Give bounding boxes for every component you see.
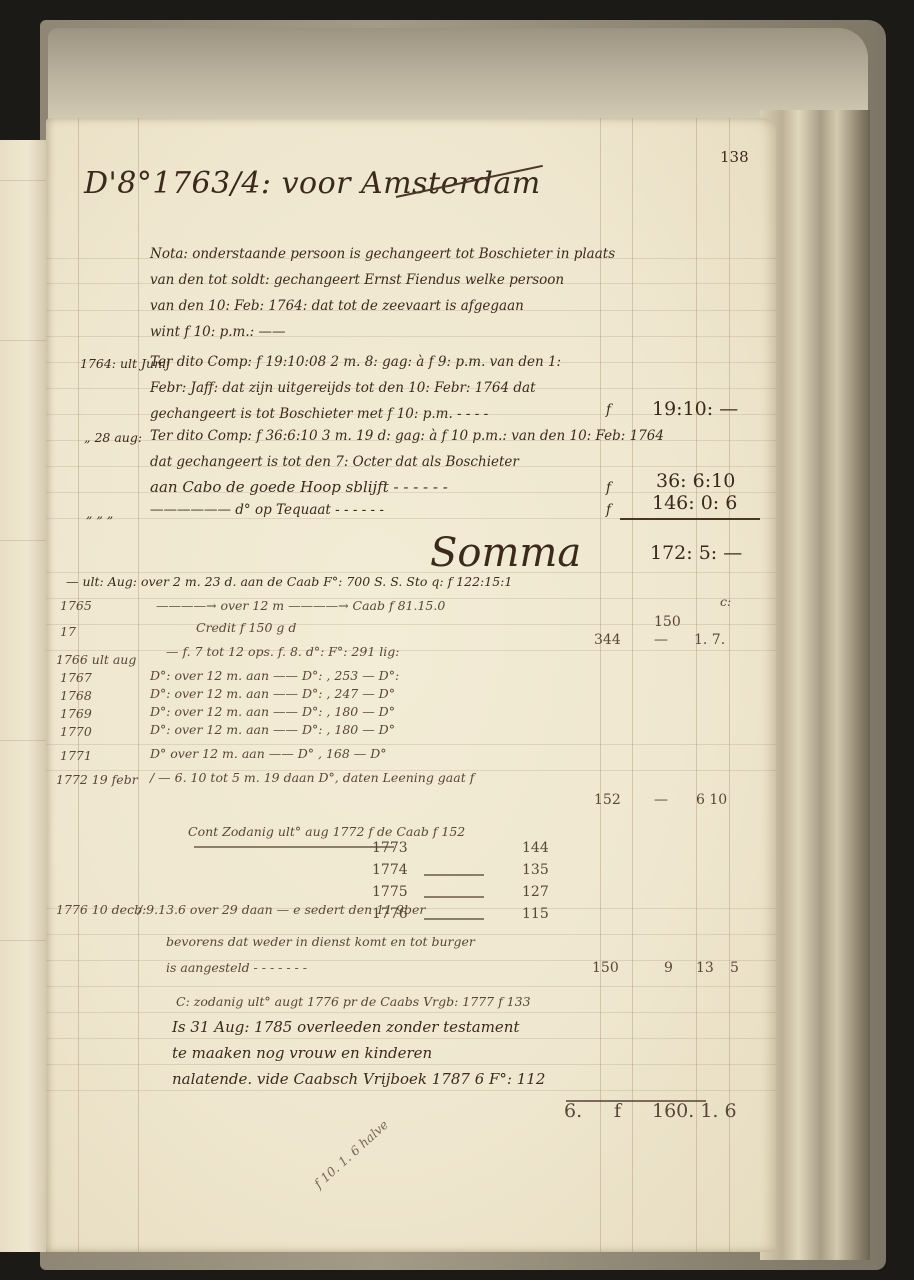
ledger-row-col2: — [654, 792, 668, 808]
ledger-year: 1766 ult aug [56, 652, 136, 667]
entry-date: „ „ „ [86, 506, 113, 521]
ledger-row-col3: 6 10 [696, 792, 727, 808]
cont-dash [424, 874, 484, 876]
ledger-row-col1: 344 [594, 632, 621, 648]
ledger-year: 1772 19 febr [56, 772, 138, 787]
ledger-year: 1765 [60, 598, 92, 613]
pencil-annotation: f 10. 1. 6 halve [311, 1117, 391, 1191]
entry-amount: 146: 0: 6 [652, 492, 737, 514]
page-number: 138 [720, 148, 749, 166]
closing-note-2: Is 31 Aug: 1785 overleeden zonder testam… [172, 1018, 520, 1036]
ledger-row-col1: 152 [594, 792, 621, 808]
cont-dash [424, 896, 484, 898]
entry-line: Ter dito Comp: f 19:10:08 2 m. 8: gag: à… [150, 354, 561, 370]
note-line-1: Nota: onderstaande persoon is gechangeer… [150, 246, 615, 262]
cont-value: 115 [522, 906, 549, 922]
entry-line: Ter dito Comp: f 36:6:10 3 m. 19 d: gag:… [150, 428, 664, 444]
ledger-year: 1770 [60, 724, 92, 739]
currency-marker: f [606, 480, 611, 496]
ledger-row: D°: over 12 m. aan —— D°: , 253 — D°: [150, 668, 399, 683]
ledger-year: 1771 [60, 748, 92, 763]
sum-rule [620, 518, 760, 520]
cont-year: 1775 [372, 884, 408, 900]
ledger-row: D°: over 12 m. aan —— D°: , 247 — D° [150, 686, 395, 701]
currency-marker: f [606, 502, 611, 518]
cont-rule [194, 846, 394, 848]
entry-line: —————— d° op Tequaat - - - - - - [150, 502, 384, 518]
ledger-year: 1769 [60, 706, 92, 721]
ledger-row: ————→ over 12 m ————→ Caab f 81.15.0 [156, 598, 445, 613]
cont-year: 1774 [372, 862, 408, 878]
closing-note-4: nalatende. vide Caabsch Vrijboek 1787 6 … [172, 1070, 545, 1088]
ledger-row-col2: — [654, 632, 668, 648]
currency-marker: f [606, 402, 611, 418]
cont-year: 1773 [372, 840, 408, 856]
entry-line: aan Cabo de goede Hoop sblijft - - - - -… [150, 478, 448, 496]
total-amount: 160. 1. 6 [652, 1100, 737, 1122]
note-line-4: wint f 10: p.m.: —— [150, 324, 285, 340]
ledger-row: Credit f 150 g d [196, 620, 296, 635]
ledger-row: D° over 12 m. aan —— D° , 168 — D° [150, 746, 387, 761]
ledger-row: D°: over 12 m. aan —— D°: , 180 — D° [150, 722, 395, 737]
entry-col2: 9 [664, 960, 673, 976]
ledger-row-col2: 150 [654, 614, 681, 630]
entry-line: bevorens dat weder in dienst komt en tot… [166, 934, 475, 949]
cont-value: 135 [522, 862, 549, 878]
entry-line: gechangeert is tot Boschieter met f 10: … [150, 406, 488, 422]
entry-col4: 5 [730, 960, 739, 976]
entry-line: dat gechangeert is tot den 7: Octer dat … [150, 454, 519, 470]
page-stack-right-edge [760, 110, 870, 1260]
entry-line: is aangesteld - - - - - - - [166, 960, 307, 975]
entry-line: / 9.13.6 over 29 daan — e sedert den 11 … [138, 902, 425, 917]
cont-value: 144 [522, 840, 549, 856]
left-page-edge [0, 140, 46, 1252]
entry-date: „ 28 aug: [84, 430, 142, 445]
ledger-page: 138 D'8°1763/4: voor Amsterdam Nota: ond… [46, 118, 776, 1252]
note-line-2: van den tot soldt: gechangeert Ernst Fie… [150, 272, 564, 288]
entry-amount: 19:10: — [652, 398, 738, 420]
ledger-row: D°: over 12 m. aan —— D°: , 180 — D° [150, 704, 395, 719]
ledger-row-col3: 1. 7. [694, 632, 725, 648]
total-label: 6. [564, 1100, 582, 1122]
entry-line: Febr: Jaff: dat zijn uitgereijds tot den… [150, 380, 536, 396]
ledger-row: — ult: Aug: over 2 m. 23 d. aan de Caab … [66, 574, 512, 589]
ledger-year: 1767 [60, 670, 92, 685]
closing-note-1: C: zodanig ult° augt 1776 pr de Caabs Vr… [176, 994, 531, 1009]
ledger-row: — f. 7 tot 12 ops. f. 8. d°: F°: 291 lig… [166, 644, 399, 659]
cont-dash [424, 918, 484, 920]
entry-amount: 36: 6:10 [656, 470, 735, 492]
somma-label: Somma [430, 530, 581, 576]
ledger-year: 17 [60, 624, 76, 639]
total-currency: f [614, 1100, 621, 1122]
ledger-row: / — 6. 10 tot 5 m. 19 daan D°, daten Lee… [150, 770, 474, 785]
entry-date: 1776 10 decb: [56, 902, 146, 917]
entry-col3: 13 [696, 960, 714, 976]
somma-amount: 172: 5: — [650, 542, 742, 564]
ledger-year: 1768 [60, 688, 92, 703]
ledger-row-col3: c: [720, 594, 731, 609]
page-title: D'8°1763/4: voor Amsterdam [84, 166, 541, 201]
closing-note-3: te maaken nog vrouw en kinderen [172, 1044, 432, 1062]
entry-col1: 150 [592, 960, 619, 976]
cont-heading: Cont Zodanig ult° aug 1772 f de Caab f 1… [188, 824, 465, 839]
cont-value: 127 [522, 884, 549, 900]
note-line-3: van den 10: Feb: 1764: dat tot de zeevaa… [150, 298, 524, 314]
